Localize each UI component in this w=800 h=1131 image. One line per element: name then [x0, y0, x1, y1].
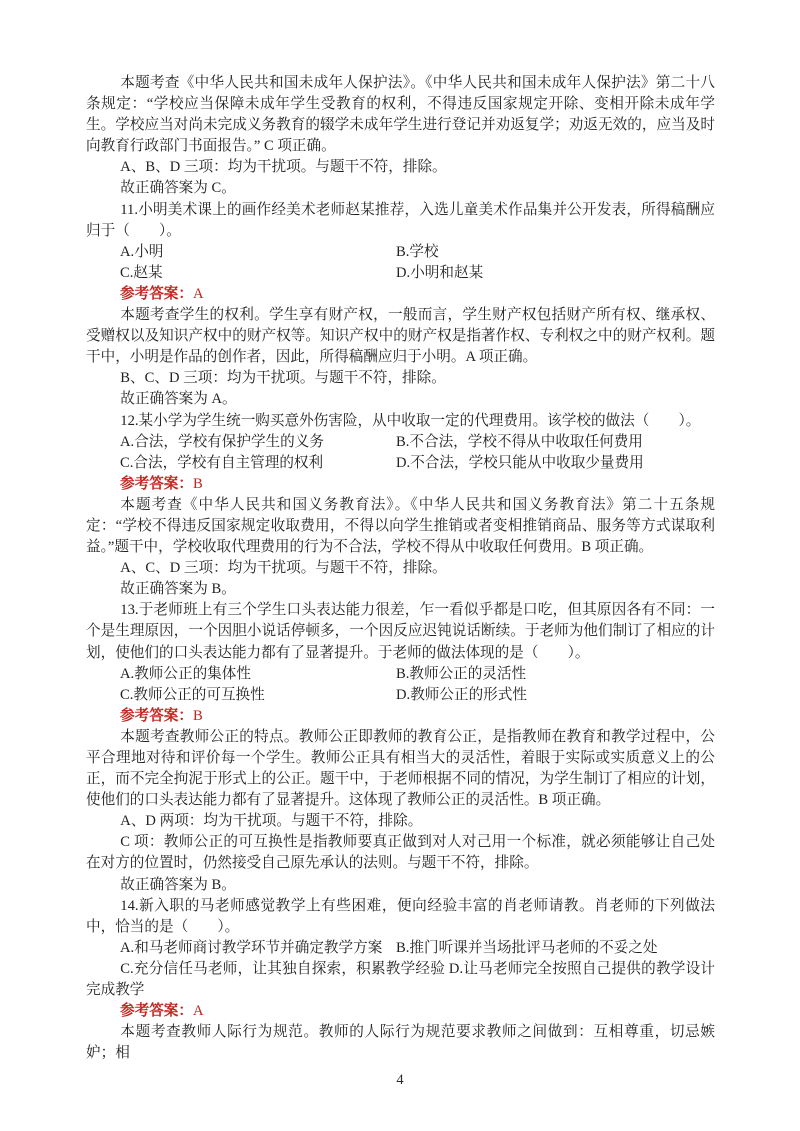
- answer-q13: 参考答案：B: [86, 706, 715, 727]
- option-right: D.小明和赵某: [396, 263, 715, 284]
- option-right: B.教师公正的灵活性: [396, 664, 715, 685]
- stem-q11: 11.小明美术课上的画作经美术老师赵某推荐，入选儿童美术作品集并公开发表，所得稿…: [86, 200, 715, 242]
- distractors-q12: A、C、D 三项：均为干扰项。与题干不符，排除。: [86, 558, 715, 579]
- option-left: C.合法，学校有自主管理的权利: [86, 453, 396, 474]
- answer-q12: 参考答案：B: [86, 474, 715, 495]
- options-q11-ab: A.小明B.学校: [86, 242, 715, 263]
- option-left: A.合法，学校有保护学生的义务: [86, 432, 396, 453]
- conclusion-q13: 故正确答案为 B。: [86, 875, 715, 896]
- conclusion-q12: 故正确答案为 B。: [86, 579, 715, 600]
- conclusion-q11: 故正确答案为 A。: [86, 389, 715, 410]
- document-body: 本题考查《中华人民共和国未成年人保护法》。《中华人民共和国未成年人保护法》第二十…: [86, 73, 715, 1064]
- options-q14-ab: A.和马老师商讨教学环节并确定教学方案B.推门听课并当场批评马老师的不妥之处: [86, 938, 715, 959]
- explanation-q12: 本题考查《中华人民共和国义务教育法》。《中华人民共和国义务教育法》第二十五条规定…: [86, 495, 715, 558]
- stem-q13: 13.于老师班上有三个学生口头表达能力很差，乍一看似乎都是口吃，但其原因各有不同…: [86, 600, 715, 663]
- answer-letter: A: [193, 286, 204, 302]
- note-c-q13: C 项：教师公正的可互换性是指教师要真正做到对人对己用一个标准，就必须能够让自己…: [86, 832, 715, 874]
- options-q12-ab: A.合法，学校有保护学生的义务B.不合法，学校不得从中收取任何费用: [86, 432, 715, 453]
- stem-q14: 14.新入职的马老师感觉教学上有些困难，便向经验丰富的肖老师请教。肖老师的下列做…: [86, 896, 715, 938]
- answer-label: 参考答案：: [120, 476, 193, 492]
- distractors-q10: A、B、D 三项：均为干扰项。与题干不符，排除。: [86, 157, 715, 178]
- answer-q11: 参考答案：A: [86, 284, 715, 305]
- stem-q12: 12.某小学为学生统一购买意外伤害险，从中收取一定的代理费用。该学校的做法（ ）…: [86, 411, 715, 432]
- explanation-q11: 本题考查学生的权利。学生享有财产权，一般而言，学生财产权包括财产所有权、继承权、…: [86, 305, 715, 368]
- conclusion-q10: 故正确答案为 C。: [86, 178, 715, 199]
- option-right: B.推门听课并当场批评马老师的不妥之处: [396, 938, 715, 959]
- explanation-q14: 本题考查教师人际行为规范。教师的人际行为规范要求教师之间做到：互相尊重，切忌嫉妒…: [86, 1022, 715, 1064]
- page-number: 4: [0, 1072, 800, 1089]
- distractors-q13: A、D 两项：均为干扰项。与题干不符，排除。: [86, 811, 715, 832]
- option-left: C.教师公正的可互换性: [86, 685, 396, 706]
- option-left: A.和马老师商讨教学环节并确定教学方案: [86, 938, 396, 959]
- explanation-q10: 本题考查《中华人民共和国未成年人保护法》。《中华人民共和国未成年人保护法》第二十…: [86, 73, 715, 157]
- option-left: A.小明: [86, 242, 396, 263]
- answer-letter: A: [193, 1003, 204, 1019]
- options-q12-cd: C.合法，学校有自主管理的权利D.不合法，学校只能从中收取少量费用: [86, 453, 715, 474]
- answer-label: 参考答案：: [120, 1003, 193, 1019]
- option-right: B.学校: [396, 242, 715, 263]
- document-page: 本题考查《中华人民共和国未成年人保护法》。《中华人民共和国未成年人保护法》第二十…: [0, 0, 800, 1131]
- options-q13-cd: C.教师公正的可互换性D.教师公正的形式性: [86, 685, 715, 706]
- option-right: D.教师公正的形式性: [396, 685, 715, 706]
- answer-label: 参考答案：: [120, 708, 193, 724]
- option-right: D.不合法，学校只能从中收取少量费用: [396, 453, 715, 474]
- answer-letter: B: [193, 708, 203, 724]
- answer-label: 参考答案：: [120, 286, 193, 302]
- answer-q14: 参考答案：A: [86, 1001, 715, 1022]
- distractors-q11: B、C、D 三项：均为干扰项。与题干不符，排除。: [86, 368, 715, 389]
- options-q14-cd: C.充分信任马老师，让其独自探索，积累教学经验 D.让马老师完全按照自己提供的教…: [86, 959, 715, 1001]
- options-q11-cd: C.赵某D.小明和赵某: [86, 263, 715, 284]
- answer-letter: B: [193, 476, 203, 492]
- option-left: C.赵某: [86, 263, 396, 284]
- explanation-q13: 本题考查教师公正的特点。教师公正即教师的教育公正，是指教师在教育和教学过程中，公…: [86, 727, 715, 811]
- options-q13-ab: A.教师公正的集体性B.教师公正的灵活性: [86, 664, 715, 685]
- option-right: B.不合法，学校不得从中收取任何费用: [396, 432, 715, 453]
- option-left: A.教师公正的集体性: [86, 664, 396, 685]
